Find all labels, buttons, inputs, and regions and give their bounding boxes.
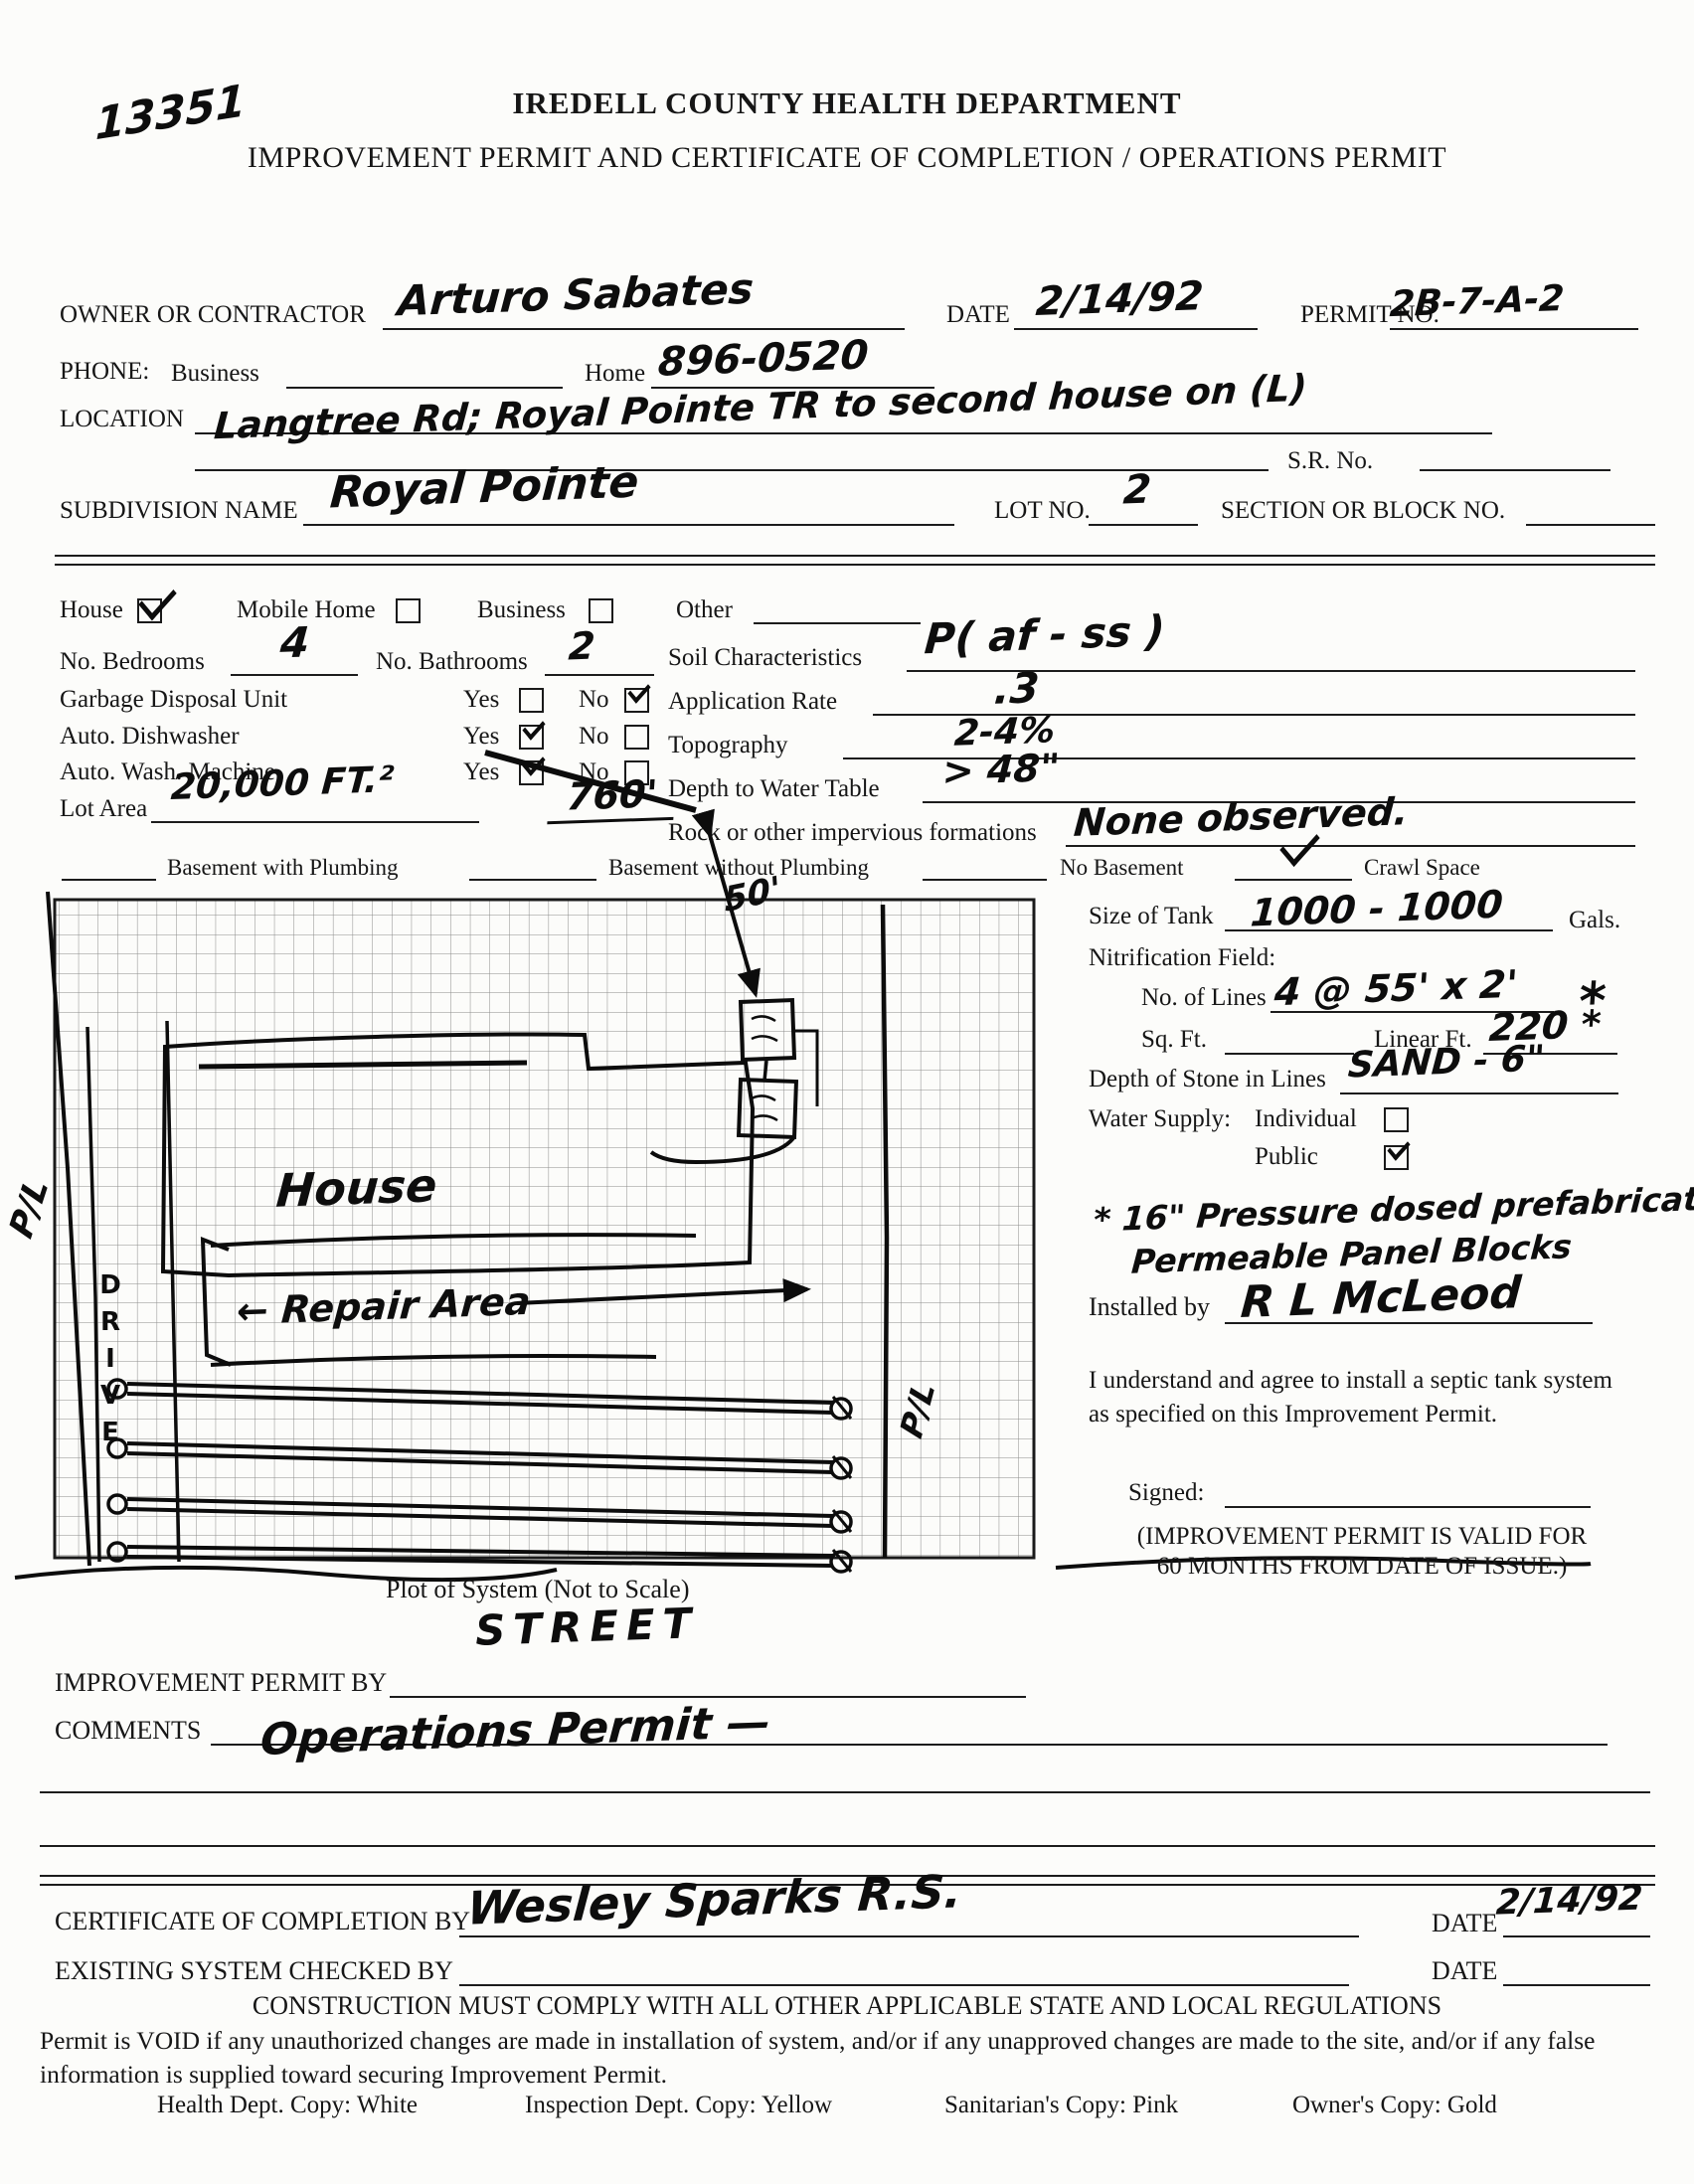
topography-label: Topography	[668, 732, 787, 759]
lot-frontage-value: 760'	[547, 771, 676, 825]
divider-rule	[55, 555, 1655, 566]
house-label: House	[60, 596, 123, 624]
improvement-by-line	[390, 1696, 1026, 1698]
septic-tank-2	[739, 1080, 796, 1137]
lot-area-label: Lot Area	[60, 795, 147, 823]
plan-pl-right-label: P/L	[893, 1376, 942, 1442]
date-line	[1014, 328, 1258, 330]
validity-line1: (IMPROVEMENT PERMIT IS VALID FOR	[1094, 1523, 1630, 1551]
certificate-date-label: DATE	[1432, 1909, 1497, 1938]
copy-item: Owner's Copy: Gold	[1292, 2092, 1497, 2119]
lot-no-label: LOT NO.	[994, 497, 1091, 525]
permit-no-value: 2B-7-A-2	[1389, 278, 1566, 325]
application-value: .3	[992, 663, 1041, 714]
garbage-label: Garbage Disposal Unit	[60, 686, 287, 714]
bathrooms-value: 2	[567, 623, 596, 668]
installed-by-label: Installed by	[1089, 1292, 1210, 1322]
plan-pl-left-label: P/L	[2, 1172, 57, 1244]
location-label: LOCATION	[60, 406, 184, 433]
bathrooms-label: No. Bathrooms	[376, 648, 528, 676]
comments-value: Operations Permit —	[258, 1697, 771, 1765]
plan-repair-label: ← Repair Area	[236, 1279, 533, 1333]
property-line-left	[48, 892, 89, 1566]
stone-label: Depth of Stone in Lines	[1089, 1066, 1326, 1093]
improvement-by-label: IMPROVEMENT PERMIT BY	[55, 1668, 387, 1698]
copy-label: Health Dept. Copy:	[157, 2092, 351, 2118]
basement-with-line	[62, 879, 156, 881]
certificate-label: CERTIFICATE OF COMPLETION BY	[55, 1907, 470, 1936]
bedrooms-line	[231, 674, 358, 676]
tank-squiggle-1	[752, 1016, 777, 1041]
copy-item: Inspection Dept. Copy: Yellow	[525, 2092, 832, 2119]
sr-no-line	[1420, 469, 1610, 471]
copy-value: Yellow	[762, 2092, 832, 2118]
existing-date-label: DATE	[1432, 1956, 1497, 1986]
soil-label: Soil Characteristics	[668, 644, 862, 672]
lines-value: 4 @ 55' x 2'	[1273, 962, 1519, 1015]
dishwasher-label: Auto. Dishwasher	[60, 723, 240, 751]
soil-value: P( af - ss )	[923, 606, 1166, 664]
existing-date-line	[1503, 1984, 1650, 1986]
installed-by-value: R L McLeod	[1239, 1267, 1522, 1328]
certificate-line	[459, 1935, 1359, 1937]
copy-value: White	[357, 2092, 418, 2118]
lot-no-value: 2	[1121, 466, 1152, 513]
subdivision-line	[303, 524, 954, 526]
no-basement-line	[923, 879, 1047, 881]
business-label: Business	[171, 360, 259, 388]
bedrooms-value: 4	[278, 617, 311, 667]
section-label: SECTION OR BLOCK NO.	[1221, 497, 1505, 525]
copy-item: Sanitarian's Copy: Pink	[944, 2092, 1178, 2119]
copy-value: Gold	[1447, 2092, 1497, 2118]
rock-label: Rock or other impervious formations	[668, 819, 1037, 847]
permit-no-line	[1390, 328, 1638, 330]
dishwasher-yes-label: Yes	[463, 723, 499, 751]
lot-area-line	[151, 821, 479, 823]
tank-squiggle-2	[752, 1095, 777, 1120]
other-label: Other	[676, 596, 733, 624]
plan-drive-label: DRIVE	[95, 1270, 125, 1454]
home-label: Home	[585, 360, 645, 388]
subdivision-value: Royal Pointe	[328, 457, 640, 519]
lot-no-line	[1089, 524, 1198, 526]
lot-area-value: 20,000 FT.²	[170, 759, 396, 808]
permit-form-page: 13351 IREDELL COUNTY HEALTH DEPARTMENT I…	[0, 0, 1694, 2184]
repair-under-line	[211, 1356, 656, 1365]
copy-value: Pink	[1132, 2092, 1178, 2118]
panel-note-line1: * 16" Pressure dosed prefabricated	[1093, 1178, 1694, 1240]
individual-label: Individual	[1255, 1105, 1357, 1133]
crawl-space-line	[1235, 879, 1352, 881]
garbage-yes-label: Yes	[463, 686, 499, 714]
water-supply-label: Water Supply:	[1089, 1105, 1231, 1133]
owner-value: Arturo Sabates	[396, 264, 755, 326]
house-outline	[163, 1035, 753, 1276]
application-label: Application Rate	[668, 688, 837, 716]
drain-lines	[108, 1380, 851, 1572]
copy-label: Sanitarian's Copy:	[944, 2092, 1126, 2118]
rock-value: None observed.	[1073, 789, 1410, 845]
washer-yes-label: Yes	[463, 758, 499, 786]
home-value: 896-0520	[656, 332, 870, 386]
copy-label: Owner's Copy:	[1292, 2092, 1441, 2118]
tank-supply-line	[793, 1031, 817, 1106]
repair-bracket	[203, 1240, 231, 1365]
sqft-label: Sq. Ft.	[1141, 1026, 1207, 1054]
signed-line	[1225, 1506, 1591, 1508]
septic-tank-1	[741, 1000, 794, 1060]
agreement-text: I understand and agree to install a sept…	[1089, 1364, 1615, 1431]
plan-house-label: House	[274, 1158, 438, 1218]
basement-without-line	[469, 879, 596, 881]
signed-label: Signed:	[1128, 1479, 1204, 1507]
nitrification-label: Nitrification Field:	[1089, 944, 1275, 972]
copy-item: Health Dept. Copy: White	[157, 2092, 418, 2119]
repair-arrow-line	[517, 1289, 807, 1303]
page-title: IREDELL COUNTY HEALTH DEPARTMENT	[0, 85, 1694, 121]
tank-sewer-curve	[651, 1138, 793, 1162]
business-type-label: Business	[477, 596, 566, 624]
stone-line	[1340, 1092, 1618, 1094]
street-label: STREET	[474, 1598, 700, 1655]
water-table-value: > 48"	[940, 746, 1061, 793]
garbage-no-label: No	[579, 686, 609, 714]
sr-no-label: S.R. No.	[1287, 447, 1373, 475]
house-interior-line	[199, 1063, 527, 1067]
dishwasher-no-checkbox	[624, 725, 649, 750]
gals-label: Gals.	[1569, 907, 1620, 934]
stone-value: SAND - 6"	[1347, 1038, 1546, 1086]
section-line	[1526, 524, 1655, 526]
certificate-date-line	[1503, 1935, 1650, 1937]
page-subtitle: IMPROVEMENT PERMIT AND CERTIFICATE OF CO…	[0, 141, 1694, 175]
business-checkbox	[589, 598, 613, 623]
copy-label: Inspection Dept. Copy:	[525, 2092, 757, 2118]
grid-paper	[55, 900, 1034, 1558]
individual-checkbox	[1384, 1107, 1409, 1132]
date-label: DATE	[946, 301, 1010, 329]
date-value: 2/14/92	[1034, 273, 1205, 325]
water-table-label: Depth to Water Table	[668, 775, 880, 803]
tank-size-label: Size of Tank	[1089, 903, 1214, 930]
bedrooms-label: No. Bedrooms	[60, 648, 205, 676]
drive-edge-2	[167, 1021, 179, 1562]
owner-label: OWNER OR CONTRACTOR	[60, 301, 366, 329]
repair-top-line	[211, 1235, 696, 1246]
bathrooms-line	[545, 674, 654, 676]
validity-line2: 60 MONTHS FROM DATE OF ISSUE.)	[1094, 1553, 1630, 1581]
basement-with-label: Basement with Plumbing	[167, 855, 399, 881]
garbage-yes-checkbox	[519, 688, 544, 713]
tank-size-value: 1000 - 1000	[1250, 883, 1505, 935]
comments-label: COMMENTS	[55, 1716, 201, 1746]
subdivision-label: SUBDIVISION NAME	[60, 497, 298, 525]
tank-connector	[764, 1061, 766, 1081]
compliance-text: CONSTRUCTION MUST COMPLY WITH ALL OTHER …	[0, 1991, 1694, 2021]
certificate-date-value: 2/14/92	[1495, 1878, 1644, 1923]
existing-system-label: EXISTING SYSTEM CHECKED BY	[55, 1956, 453, 1986]
other-line	[754, 622, 921, 624]
sqft-line	[1225, 1053, 1354, 1055]
rock-line	[1066, 845, 1635, 847]
dishwasher-no-label: No	[579, 723, 609, 751]
public-label: Public	[1255, 1143, 1318, 1171]
property-line-right	[883, 905, 887, 1558]
existing-system-line	[459, 1984, 1349, 1986]
mobile-home-checkbox	[396, 598, 421, 623]
comments-line-2	[40, 1791, 1650, 1793]
business-line	[286, 387, 563, 389]
owner-line	[383, 328, 905, 330]
void-text: Permit is VOID if any unauthorized chang…	[40, 2024, 1660, 2093]
no-basement-label: No Basement	[1060, 855, 1184, 881]
comments-line-3	[40, 1845, 1655, 1847]
lines-label: No. of Lines	[1141, 984, 1267, 1012]
phone-label: PHONE:	[60, 358, 149, 386]
crawl-space-label: Crawl Space	[1364, 855, 1480, 881]
